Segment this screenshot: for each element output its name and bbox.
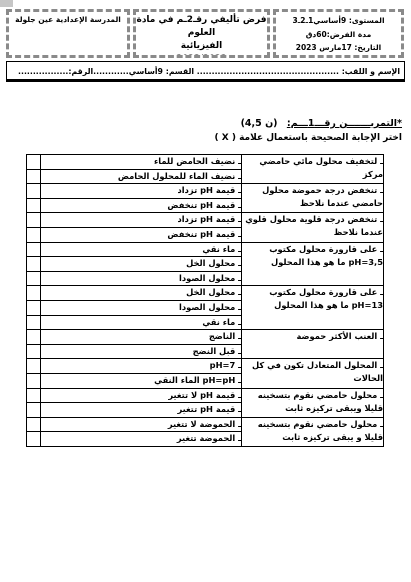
answer-mark-cell[interactable] <box>27 184 41 199</box>
header-meta-box: المستوى: 9أساسي1ـ2ـ3 مدة الفرض:60دق التا… <box>273 9 404 58</box>
option-cell: ـ نضيف الحامض للماء <box>41 155 242 170</box>
date-label: التاريخ: 17مارس 2023 <box>276 41 401 55</box>
answer-mark-cell[interactable] <box>27 155 41 170</box>
answer-mark-cell[interactable] <box>27 300 41 315</box>
option-cell: ـ الحموضة تتغير <box>41 432 242 447</box>
option-cell: ـ قيمة pH تزداد <box>41 184 242 199</box>
exam-header: المستوى: 9أساسي1ـ2ـ3 مدة الفرض:60دق التا… <box>6 9 404 58</box>
name-label: الإسم و اللقب: <box>342 67 400 76</box>
answer-mark-cell[interactable] <box>27 330 41 345</box>
number-fill-in[interactable]: ................. <box>18 67 68 76</box>
quiz-row: ـ محلول حامضي نقوم بتسخينه قليلا و يبقى … <box>27 417 384 432</box>
option-cell: ـ محلول الصودا <box>41 300 242 315</box>
answer-mark-cell[interactable] <box>27 373 41 388</box>
option-cell: ـ محلول الخل <box>41 286 242 301</box>
school-year: 2023/2022 <box>136 53 267 58</box>
exercise-heading: *التمريـــــــن رقـــ1ـــم: (4,5 ن) <box>9 117 402 131</box>
question-cell-4: ـ على قارورة محلول مكتوب pH=3,5 ما هو هذ… <box>242 242 384 286</box>
header-school-box: المدرسة الإعدادية عين جلولة <box>6 9 130 58</box>
exam-title-line1: فرض تأليفي رقـ2ـم في مادة العلوم <box>136 14 267 40</box>
answer-mark-cell[interactable] <box>27 417 41 432</box>
quiz-row: ـ المحلول المتعادل تكون في كل الحالاتـ p… <box>27 359 384 374</box>
answer-mark-cell[interactable] <box>27 227 41 242</box>
question-cell-1: ـ لتخفيف محلول مائي حامضي مركز <box>242 155 384 184</box>
quiz-row: ـ تنخفض درجة قلوية محلول قلوي عندما نلاح… <box>27 213 384 228</box>
question-cell-8: ـ محلول حامضي نقوم بتسخينه قليلا ويبقى ت… <box>242 388 384 417</box>
question-cell-3: ـ تنخفض درجة قلوية محلول قلوي عندما نلاح… <box>242 213 384 242</box>
answer-mark-cell[interactable] <box>27 359 41 374</box>
answer-mark-cell[interactable] <box>27 242 41 257</box>
option-cell: ـ الحموضة لا تتغير <box>41 417 242 432</box>
header-title-box: فرض تأليفي رقـ2ـم في مادة العلوم الفيزيا… <box>133 9 270 58</box>
exercise-instruction: اختر الإجابة الصحيحة باستعمال علامة ( X … <box>9 133 402 143</box>
question-cell-5: ـ على قارورة محلول مكتوب pH=13 ما هو هذا… <box>242 286 384 330</box>
answer-mark-cell[interactable] <box>27 213 41 228</box>
quiz-row: ـ تنخفض درجة حموضة محلول حامضي عندما نلا… <box>27 184 384 199</box>
question-cell-2: ـ تنخفض درجة حموضة محلول حامضي عندما نلا… <box>242 184 384 213</box>
option-cell: ـ قبل النضج <box>41 344 242 359</box>
answer-mark-cell[interactable] <box>27 271 41 286</box>
answer-mark-cell[interactable] <box>27 388 41 403</box>
answer-mark-cell[interactable] <box>27 403 41 418</box>
answer-mark-cell[interactable] <box>27 432 41 447</box>
question-cell-7: ـ المحلول المتعادل تكون في كل الحالات <box>242 359 384 388</box>
answer-mark-cell[interactable] <box>27 286 41 301</box>
answer-mark-cell[interactable] <box>27 344 41 359</box>
exam-page: المستوى: 9أساسي1ـ2ـ3 مدة الفرض:60دق التا… <box>0 0 411 582</box>
option-cell: ـ قيمة pH تزداد <box>41 213 242 228</box>
answer-mark-cell[interactable] <box>27 169 41 184</box>
option-cell: ـ قيمة pH تنخفض <box>41 198 242 213</box>
class-fill-in[interactable]: ............ <box>93 67 129 76</box>
number-label: الرقم: <box>68 67 93 76</box>
quiz-table: ـ لتخفيف محلول مائي حامضي مركزـ نضيف الح… <box>26 154 384 447</box>
duration-label: مدة الفرض:60دق <box>276 28 401 42</box>
exercise-title: *التمريـــــــن رقـــ1ـــم: <box>287 118 402 129</box>
option-cell: ـ قيمة pH تنخفض <box>41 227 242 242</box>
option-cell: ـ pH=pH الماء النقي <box>41 373 242 388</box>
option-cell: ـ قيمة pH تتغير <box>41 403 242 418</box>
option-cell: ـ ماء نقي <box>41 315 242 330</box>
identity-row: الإسم و اللقب: .........................… <box>6 61 405 82</box>
quiz-row: ـ لتخفيف محلول مائي حامضي مركزـ نضيف الح… <box>27 155 384 170</box>
question-cell-9: ـ محلول حامضي نقوم بتسخينه قليلا و يبقى … <box>242 417 384 446</box>
exercise-points: (4,5 ن) <box>241 118 278 129</box>
level-label: المستوى: 9أساسي1ـ2ـ3 <box>276 14 401 28</box>
quiz-row: ـ العنب الأكثر حموضةـ الناضج <box>27 330 384 345</box>
option-cell: ـ ماء نقي <box>41 242 242 257</box>
option-cell: ـ pH=7 <box>41 359 242 374</box>
school-name: المدرسة الإعدادية عين جلولة <box>9 15 127 24</box>
option-cell: ـ الناضج <box>41 330 242 345</box>
quiz-row: ـ على قارورة محلول مكتوب pH=3,5 ما هو هذ… <box>27 242 384 257</box>
answer-mark-cell[interactable] <box>27 198 41 213</box>
exam-title-line2: الفيزيائية <box>136 40 267 53</box>
option-cell: ـ محلول الخل <box>41 257 242 272</box>
answer-mark-cell[interactable] <box>27 315 41 330</box>
quiz-row: ـ على قارورة محلول مكتوب pH=13 ما هو هذا… <box>27 286 384 301</box>
quiz-row: ـ محلول حامضي نقوم بتسخينه قليلا ويبقى ت… <box>27 388 384 403</box>
option-cell: ـ قيمة pH لا تتغير <box>41 388 242 403</box>
quiz-table-body: ـ لتخفيف محلول مائي حامضي مركزـ نضيف الح… <box>27 155 384 447</box>
option-cell: ـ نضيف الماء للمحلول الحامض <box>41 169 242 184</box>
question-cell-6: ـ العنب الأكثر حموضة <box>242 330 384 359</box>
class-label: القسم: 9أساسي <box>129 67 194 76</box>
name-fill-in[interactable]: ........................................… <box>197 67 339 76</box>
option-cell: ـ محلول الصودا <box>41 271 242 286</box>
scan-artifact <box>0 0 13 7</box>
answer-mark-cell[interactable] <box>27 257 41 272</box>
